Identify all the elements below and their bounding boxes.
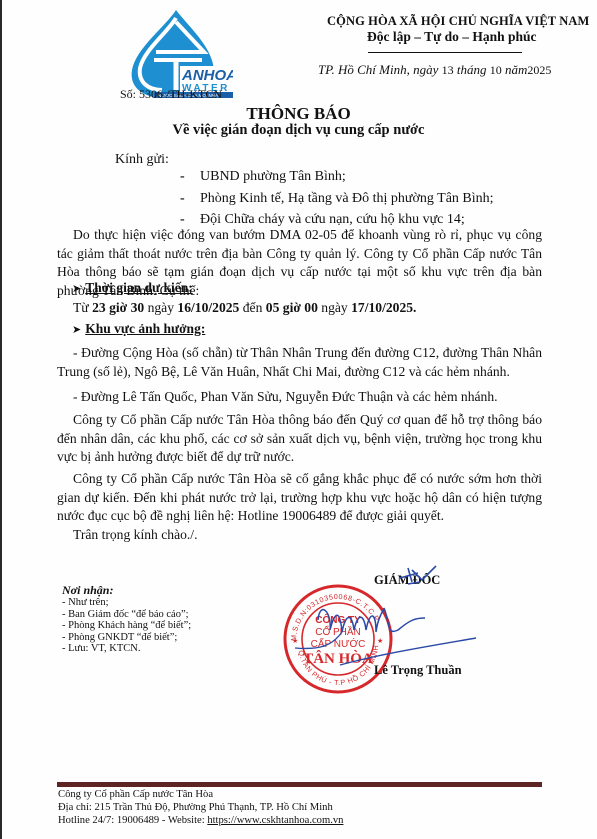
footer-company: Công ty Cổ phần Cấp nước Tân Hòa <box>58 789 343 802</box>
footer-divider <box>57 782 542 787</box>
company-logo-icon: ANHOA WATER NƯỚC SẠCH CỦA MỌI NHÀ <box>118 8 233 98</box>
notice-paragraph: Công ty Cổ phần Cấp nước Tân Hòa thông b… <box>57 411 542 467</box>
arrow-bullet-icon: ➤ <box>72 283 81 295</box>
document-subtitle: Về việc gián đoạn dịch vụ cung cấp nước <box>0 122 597 139</box>
signer-name: Lê Trọng Thuần <box>374 663 462 678</box>
area-item: - Đường Lê Tấn Quốc, Phan Văn Sửu, Nguyễ… <box>57 388 542 407</box>
closing-line: Trân trọng kính chào./. <box>57 526 542 545</box>
effort-paragraph: Công ty Cổ phần Cấp nước Tân Hòa sẽ cố g… <box>57 470 542 526</box>
arrow-bullet-icon: ➤ <box>72 324 81 336</box>
salutation: Kính gửi: <box>115 152 169 168</box>
recipient-list: -UBND phường Tân Bình; -Phòng Kinh tế, H… <box>180 166 494 231</box>
company-stamp-icon: M.S.D.N:0310350068-C.T.C.P Q.TÂN PHÚ - T… <box>282 583 394 695</box>
svg-text:CẤP NƯỚC: CẤP NƯỚC <box>311 637 366 650</box>
distribution-item: - Phòng Khách hàng “để biết”; <box>62 620 191 632</box>
svg-text:TÂN HÒA: TÂN HÒA <box>303 650 373 667</box>
distribution-item: - Ban Giám đốc “để báo cáo”; <box>62 609 191 621</box>
recipient-item: -Phòng Kinh tế, Hạ tầng và Đô thị phường… <box>180 188 494 210</box>
distribution-item: - Lưu: VT, KTCN. <box>62 643 191 655</box>
footer: Công ty Cổ phần Cấp nước Tân Hòa Địa chỉ… <box>58 789 343 827</box>
distribution-item: - Phòng GNKDT “để biết”; <box>62 632 191 644</box>
svg-text:★: ★ <box>292 637 298 645</box>
place-date: TP. Hồ Chí Minh, ngày 13 tháng 10 năm202… <box>318 62 551 78</box>
document-number: Số: 5306 /TH-KTCN <box>120 87 222 102</box>
distribution-list: Nơi nhận: - Như trên; - Ban Giám đốc “để… <box>62 583 191 655</box>
recipient-item: -UBND phường Tân Bình; <box>180 166 494 188</box>
area-heading: ➤Khu vực ảnh hưởng: <box>72 321 205 337</box>
distribution-item: - Như trên; <box>62 597 191 609</box>
time-range: Từ 23 giờ 30 ngày 16/10/2025 đến 05 giờ … <box>57 299 542 318</box>
document-title: THÔNG BÁO <box>0 104 597 124</box>
svg-text:CÔNG TY: CÔNG TY <box>315 613 361 626</box>
header-divider <box>368 52 522 53</box>
website-link[interactable]: https://www.cskhtanhoa.com.vn <box>207 815 343 826</box>
svg-text:CỔ PHẦN: CỔ PHẦN <box>315 625 361 638</box>
national-title: CỘNG HÒA XÃ HỘI CHỦ NGHĨA VIỆT NAM <box>327 14 589 29</box>
footer-contact: Hotline 24/7: 19006489 - Website: https:… <box>58 815 343 828</box>
svg-text:★: ★ <box>377 637 383 645</box>
time-heading: ➤Thời gian dự kiến: <box>72 280 193 296</box>
footer-address: Địa chỉ: 215 Trần Thủ Độ, Phường Phú Thạ… <box>58 802 343 815</box>
national-motto: Độc lập – Tự do – Hạnh phúc <box>367 29 537 45</box>
svg-text:ANHOA: ANHOA <box>181 67 233 84</box>
area-item: - Đường Cộng Hòa (số chẵn) từ Thân Nhân … <box>57 344 542 381</box>
